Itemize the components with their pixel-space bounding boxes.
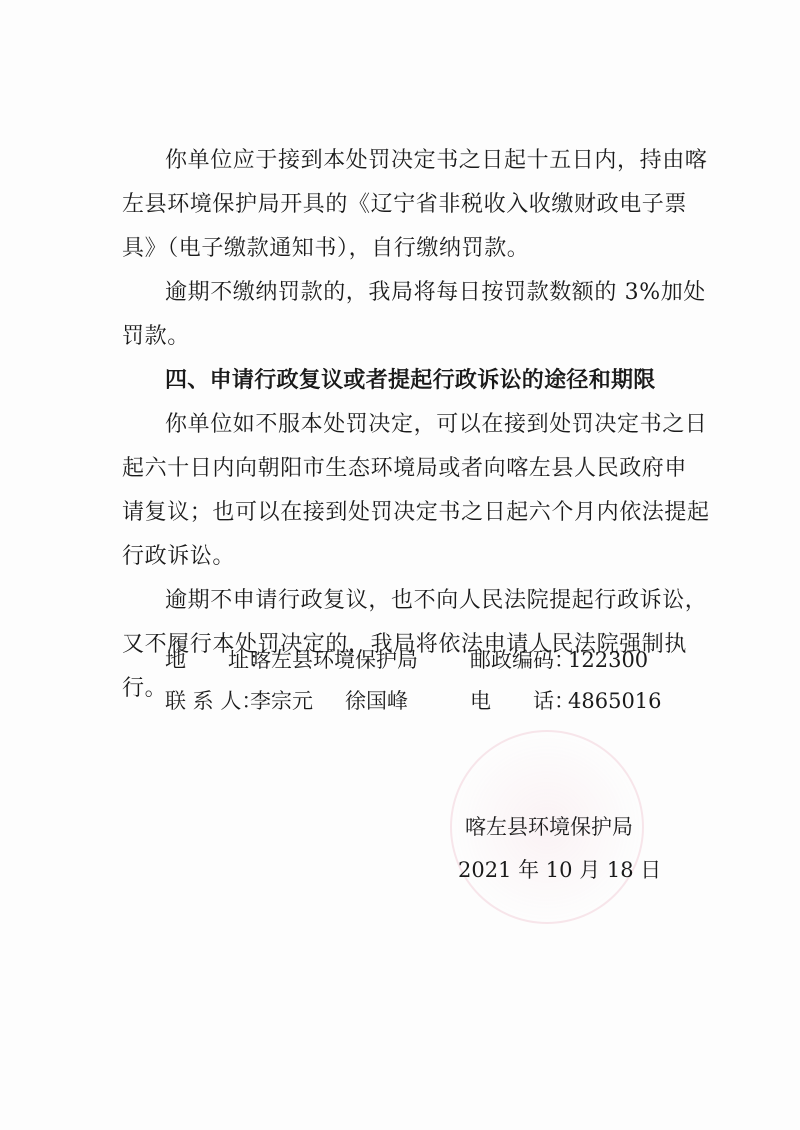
contact-person-2: 徐国峰 xyxy=(345,686,408,716)
contact-person-1: 李宗元 xyxy=(250,686,313,716)
signature-date: 2021 年 10 月 18 日 xyxy=(458,855,661,885)
postcode-value: 122300 xyxy=(568,645,648,675)
appeal-line-2: 起六十日内向朝阳市生态环境局或者向喀左县人民政府申 xyxy=(122,454,687,484)
late-line-1: 逾期不缴纳罚款的，我局将每日按罚款数额的 3%加处 xyxy=(165,278,706,308)
enforce-line-3: 行。 xyxy=(122,674,167,704)
phone-label: 电 话： xyxy=(470,686,575,716)
signature-organization: 喀左县环境保护局 xyxy=(465,812,633,842)
document-page: 你单位应于接到本处罚决定书之日起十五日内，持由喀 左县环境保护局开具的《辽宁省非… xyxy=(0,0,800,1130)
payment-line-1: 你单位应于接到本处罚决定书之日起十五日内，持由喀 xyxy=(165,146,707,176)
appeal-line-3: 请复议；也可以在接到处罚决定书之日起六个月内依法提起 xyxy=(122,498,710,528)
enforce-line-1: 逾期不申请行政复议，也不向人民法院提起行政诉讼， xyxy=(165,586,707,616)
address-value: 喀左县环境保护局 xyxy=(250,645,418,675)
late-line-2: 罚款。 xyxy=(122,322,190,352)
payment-line-3: 具》（电子缴款通知书），自行缴纳罚款。 xyxy=(122,234,529,264)
section-heading: 四、申请行政复议或者提起行政诉讼的途径和期限 xyxy=(165,366,656,396)
appeal-line-1: 你单位如不服本处罚决定，可以在接到处罚决定书之日 xyxy=(165,410,707,440)
phone-value: 4865016 xyxy=(568,686,662,716)
contact-label: 联 系 人： xyxy=(165,686,262,716)
postcode-label: 邮政编码： xyxy=(470,645,575,675)
appeal-line-4: 行政诉讼。 xyxy=(122,542,235,572)
payment-line-2: 左县环境保护局开具的《辽宁省非税收入收缴财政电子票 xyxy=(122,190,687,220)
